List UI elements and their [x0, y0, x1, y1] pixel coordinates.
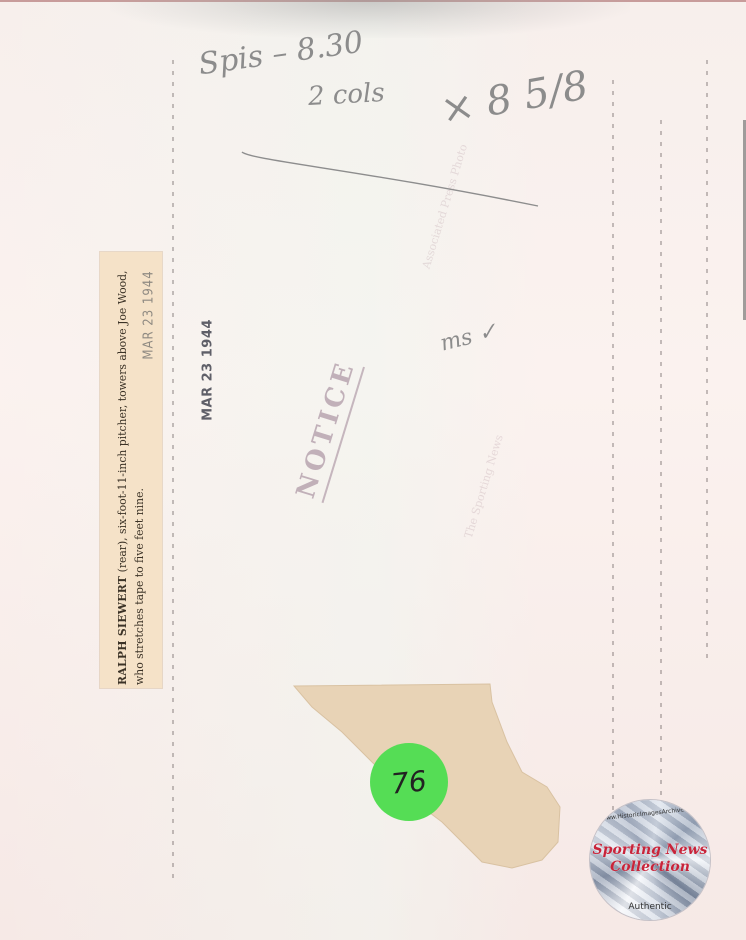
handwritten-note-columns: 2 cols: [307, 78, 385, 112]
scratch-streak: [660, 120, 662, 880]
notice-stamp: NOTICE: [268, 340, 388, 520]
scratch-streak: [706, 60, 708, 660]
top-smudge: [110, 0, 630, 38]
clipping-date-stamp: MAR 23 1944: [100, 250, 162, 380]
notice-stamp-text: NOTICE: [291, 357, 365, 503]
hologram-url: www.HistoricImagesArchive.com: [590, 804, 710, 824]
clipping-date-text: MAR 23 1944: [142, 270, 157, 359]
authenticity-hologram: www.HistoricImagesArchive.com Sporting N…: [590, 800, 710, 920]
clipping-name: RALPH SIEWERT: [116, 576, 129, 685]
received-date-stamp: MAR 23 1944: [186, 310, 230, 430]
inventory-number-sticker: 76: [370, 743, 448, 821]
received-date-text: MAR 23 1944: [201, 319, 216, 421]
scratch-streak: [172, 60, 174, 880]
hologram-title-line1: Sporting News: [590, 842, 710, 859]
hologram-title-line2: Collection: [590, 859, 710, 876]
pencil-crop-line: [240, 150, 540, 210]
sticker-number: 76: [390, 764, 429, 801]
hologram-authentic: Authentic: [590, 902, 710, 912]
hologram-title: Sporting News Collection: [590, 842, 710, 876]
scratch-streak: [612, 80, 614, 880]
